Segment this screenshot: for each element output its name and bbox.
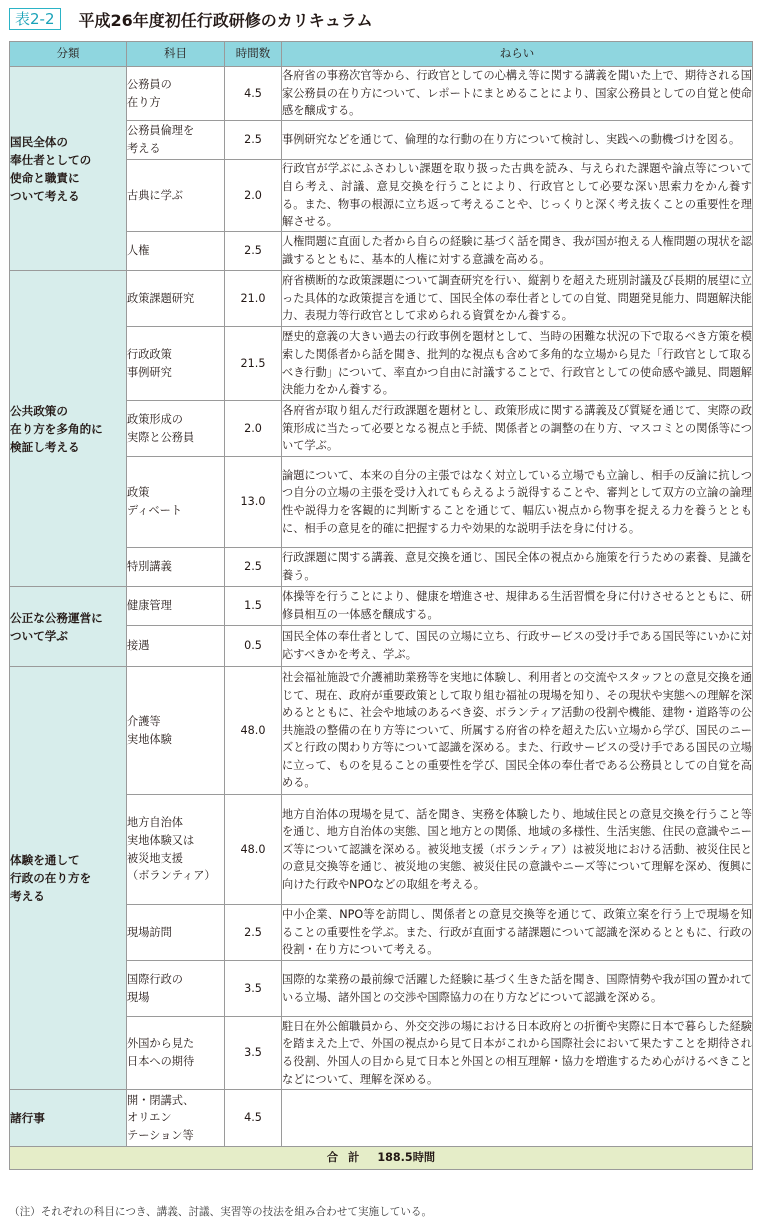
subject-cell: 古典に学ぶ bbox=[127, 160, 225, 232]
subject-cell: 特別講義 bbox=[127, 548, 225, 587]
category-cell: 公正な公務運営に ついて学ぶ bbox=[10, 587, 127, 667]
subject-cell: 政策 ディベート bbox=[127, 457, 225, 548]
total-label: 合計 bbox=[327, 1151, 369, 1164]
hours-cell: 2.0 bbox=[225, 401, 282, 457]
aim-cell: 行政官が学ぶにふさわしい課題を取り扱った古典を読み、与えられた課題や論点等につい… bbox=[282, 160, 753, 232]
aim-cell: 府省横断的な政策課題について調査研究を行い、縦割りを超えた班別討議及び長期的展望… bbox=[282, 271, 753, 327]
footnote: （注）それぞれの科目につき、講義、討議、実習等の技法を組み合わせて実施している。 bbox=[9, 1204, 432, 1219]
subject-cell: 政策形成の 実際と公務員 bbox=[127, 401, 225, 457]
category-cell: 国民全体の 奉仕者としての 使命と職責に ついて考える bbox=[10, 67, 127, 271]
hours-cell: 21.0 bbox=[225, 271, 282, 327]
hours-cell: 21.5 bbox=[225, 327, 282, 401]
table-row: 国民全体の 奉仕者としての 使命と職責に ついて考える公務員の 在り方4.5各府… bbox=[10, 67, 753, 121]
page-title: 平成26年度初任行政研修のカリキュラム bbox=[79, 8, 373, 31]
hours-cell: 48.0 bbox=[225, 667, 282, 795]
subject-cell: 接遇 bbox=[127, 626, 225, 667]
category-cell: 体験を通して 行政の在り方を 考える bbox=[10, 667, 127, 1090]
table-body: 国民全体の 奉仕者としての 使命と職責に ついて考える公務員の 在り方4.5各府… bbox=[10, 67, 753, 1170]
hours-cell: 3.5 bbox=[225, 1017, 282, 1090]
aim-cell: 駐日在外公館職員から、外交交渉の場における日本政府との折衝や実際に日本で暮らした… bbox=[282, 1017, 753, 1090]
aim-cell: 国民全体の奉仕者として、国民の立場に立ち、行政サービスの受け手である国民等にいか… bbox=[282, 626, 753, 667]
hours-cell: 3.5 bbox=[225, 961, 282, 1017]
hours-cell: 2.5 bbox=[225, 905, 282, 961]
aim-cell: 事例研究などを通じて、倫理的な行動の在り方について検討し、実践への動機づけを図る… bbox=[282, 121, 753, 160]
aim-cell: 論題について、本来の自分の主張ではなく対立している立場でも立論し、相手の反論に抗… bbox=[282, 457, 753, 548]
aim-cell: 人権問題に直面した者から自らの経験に基づく話を聞き、我が国が抱える人権問題の現状… bbox=[282, 232, 753, 271]
subject-cell: 開・閉講式、 オリエン テーション等 bbox=[127, 1090, 225, 1147]
aim-cell: 行政課題に関する講義、意見交換を通じ、国民全体の視点から施策を行うための素養、見… bbox=[282, 548, 753, 587]
hours-cell: 4.5 bbox=[225, 1090, 282, 1147]
table-row: 諸行事開・閉講式、 オリエン テーション等4.5 bbox=[10, 1090, 753, 1147]
hours-cell: 2.5 bbox=[225, 232, 282, 271]
subject-cell: 公務員倫理を 考える bbox=[127, 121, 225, 160]
table-row: 体験を通して 行政の在り方を 考える介護等 実地体験48.0社会福祉施設で介護補… bbox=[10, 667, 753, 795]
subject-cell: 政策課題研究 bbox=[127, 271, 225, 327]
aim-cell: 地方自治体の現場を見て、話を聞き、実務を体験したり、地域住民との意見交換を行うこ… bbox=[282, 795, 753, 905]
aim-cell: 歴史的意義の大きい過去の行政事例を題材として、当時の困難な状況の下で取るべき方策… bbox=[282, 327, 753, 401]
subject-cell: 現場訪問 bbox=[127, 905, 225, 961]
header-row: 分類 科目 時間数 ねらい bbox=[10, 42, 753, 67]
category-cell: 公共政策の 在り方を多角的に 検証し考える bbox=[10, 271, 127, 587]
hours-cell: 2.5 bbox=[225, 121, 282, 160]
total-row: 合計188.5時間 bbox=[10, 1147, 753, 1170]
aim-cell bbox=[282, 1090, 753, 1147]
column-header-subject: 科目 bbox=[127, 42, 225, 67]
subject-cell: 国際行政の 現場 bbox=[127, 961, 225, 1017]
aim-cell: 社会福祉施設で介護補助業務等を実地に体験し、利用者との交流やスタッフとの意見交換… bbox=[282, 667, 753, 795]
hours-cell: 2.5 bbox=[225, 548, 282, 587]
aim-cell: 各府省の事務次官等から、行政官としての心構え等に関する講義を聞いた上で、期待され… bbox=[282, 67, 753, 121]
table-row: 公共政策の 在り方を多角的に 検証し考える政策課題研究21.0府省横断的な政策課… bbox=[10, 271, 753, 327]
hours-cell: 4.5 bbox=[225, 67, 282, 121]
table-number-tag: 表2-2 bbox=[9, 8, 61, 30]
hours-cell: 1.5 bbox=[225, 587, 282, 626]
subject-cell: 健康管理 bbox=[127, 587, 225, 626]
subject-cell: 介護等 実地体験 bbox=[127, 667, 225, 795]
aim-cell: 各府省が取り組んだ行政課題を題材とし、政策形成に関する講義及び質疑を通じて、実際… bbox=[282, 401, 753, 457]
subject-cell: 地方自治体 実地体験又は 被災地支援 （ボランティア） bbox=[127, 795, 225, 905]
aim-cell: 中小企業、NPO等を訪問し、関係者との意見交換等を通じて、政策立案を行う上で現場… bbox=[282, 905, 753, 961]
total-cell: 合計188.5時間 bbox=[10, 1147, 753, 1170]
total-value: 188.5時間 bbox=[377, 1151, 435, 1164]
hours-cell: 2.0 bbox=[225, 160, 282, 232]
column-header-aim: ねらい bbox=[282, 42, 753, 67]
curriculum-table: 分類 科目 時間数 ねらい 国民全体の 奉仕者としての 使命と職責に ついて考え… bbox=[9, 41, 753, 1170]
hours-cell: 13.0 bbox=[225, 457, 282, 548]
subject-cell: 公務員の 在り方 bbox=[127, 67, 225, 121]
column-header-hours: 時間数 bbox=[225, 42, 282, 67]
table-row: 公正な公務運営に ついて学ぶ健康管理1.5体操等を行うことにより、健康を増進させ… bbox=[10, 587, 753, 626]
column-header-category: 分類 bbox=[10, 42, 127, 67]
subject-cell: 外国から見た 日本への期待 bbox=[127, 1017, 225, 1090]
table-caption: 表2-2 平成26年度初任行政研修のカリキュラム bbox=[9, 6, 373, 32]
subject-cell: 人権 bbox=[127, 232, 225, 271]
hours-cell: 0.5 bbox=[225, 626, 282, 667]
category-cell: 諸行事 bbox=[10, 1090, 127, 1147]
hours-cell: 48.0 bbox=[225, 795, 282, 905]
aim-cell: 国際的な業務の最前線で活躍した経験に基づく生きた話を聞き、国際情勢や我が国の置か… bbox=[282, 961, 753, 1017]
subject-cell: 行政政策 事例研究 bbox=[127, 327, 225, 401]
aim-cell: 体操等を行うことにより、健康を増進させ、規律ある生活習慣を身に付けさせるとともに… bbox=[282, 587, 753, 626]
